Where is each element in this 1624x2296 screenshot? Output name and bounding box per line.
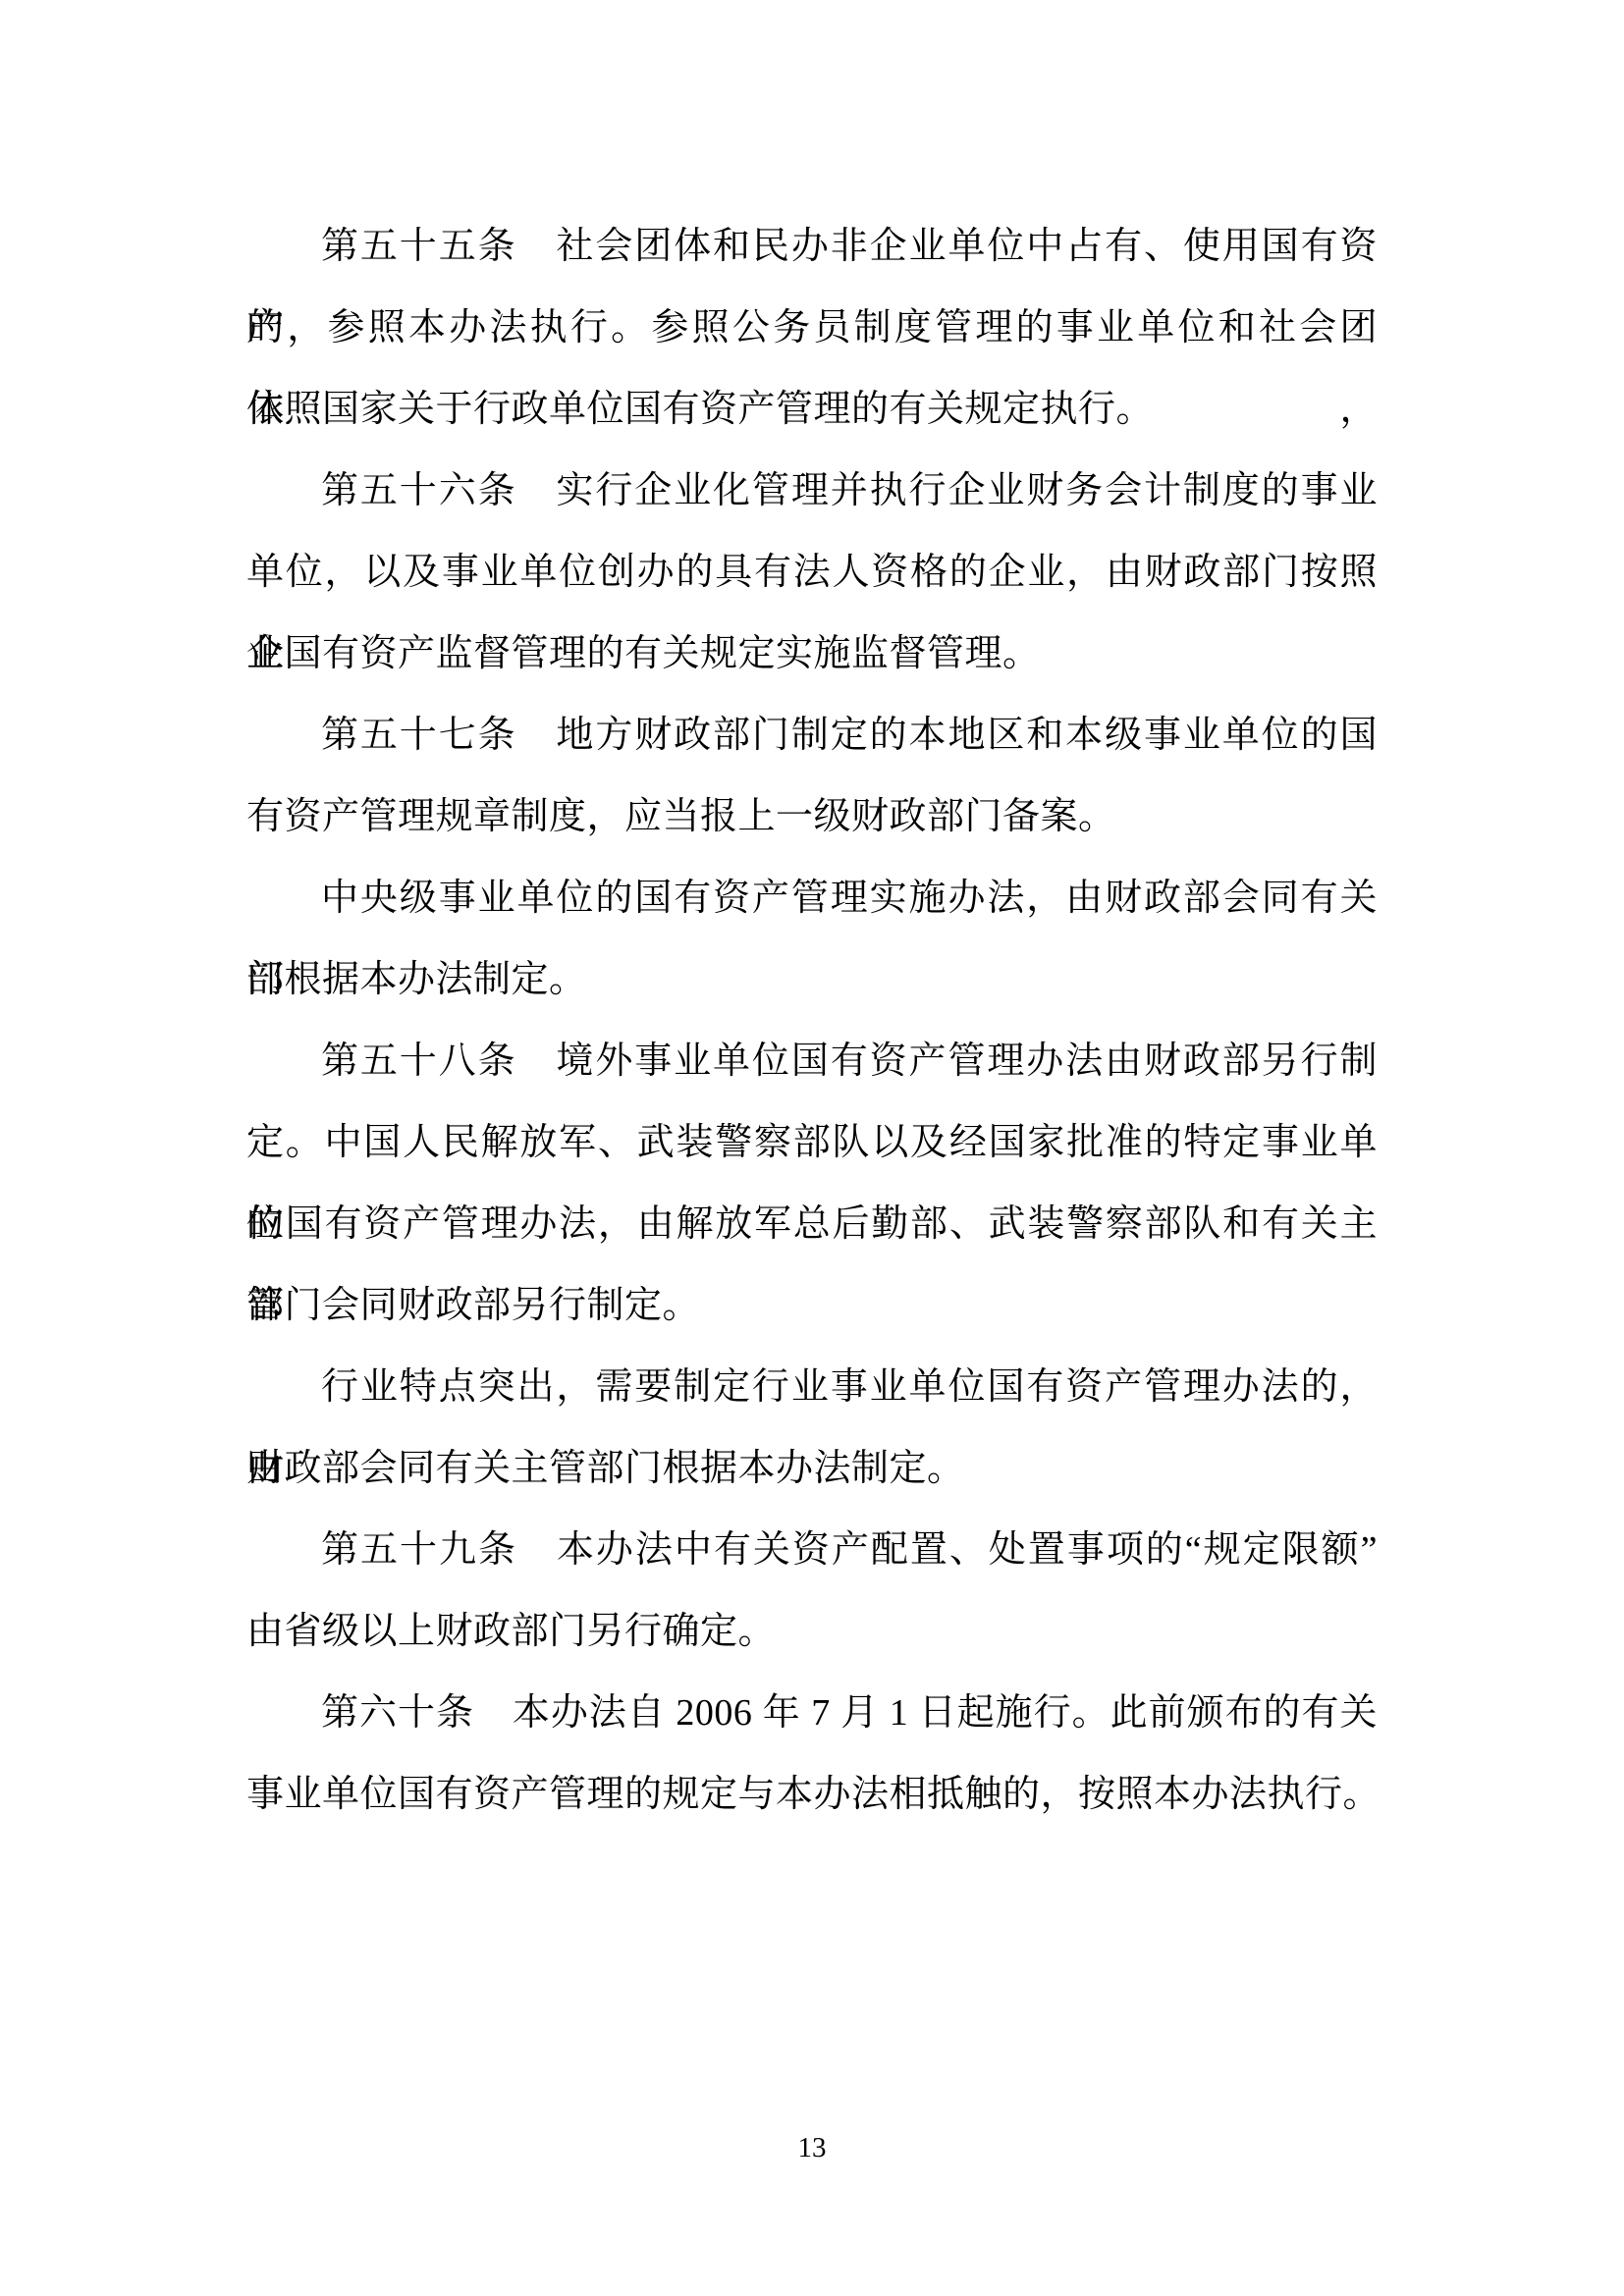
text-line: 第五十八条 境外事业单位国有资产管理办法由财政部另行制 bbox=[246, 1021, 1378, 1102]
text-line: 单位，以及事业单位创办的具有法人资格的企业，由财政部门按照企 bbox=[246, 532, 1378, 614]
text-line: 事业单位国有资产管理的规定与本办法相抵触的，按照本办法执行。 bbox=[246, 1754, 1378, 1836]
text-line: 第五十五条 社会团体和民办非企业单位中占有、使用国有资产 bbox=[246, 206, 1378, 288]
text-line: 第五十九条 本办法中有关资产配置、处置事项的“规定限额” bbox=[246, 1510, 1378, 1591]
document-body: 第五十五条 社会团体和民办非企业单位中占有、使用国有资产的，参照本办法执行。参照… bbox=[246, 206, 1378, 1836]
text-line: 财政部会同有关主管部门根据本办法制定。 bbox=[246, 1428, 1378, 1510]
text-line: 的国有资产管理办法，由解放军总后勤部、武装警察部队和有关主管 bbox=[246, 1184, 1378, 1265]
page-number: 13 bbox=[0, 2120, 1624, 2175]
text-line: 门根据本办法制定。 bbox=[246, 939, 1378, 1021]
text-line: 由省级以上财政部门另行确定。 bbox=[246, 1591, 1378, 1673]
text-line: 第五十七条 地方财政部门制定的本地区和本级事业单位的国 bbox=[246, 695, 1378, 776]
text-line: 中央级事业单位的国有资产管理实施办法，由财政部会同有关部 bbox=[246, 858, 1378, 939]
text-line: 第五十六条 实行企业化管理并执行企业财务会计制度的事业 bbox=[246, 451, 1378, 532]
text-line: 行业特点突出，需要制定行业事业单位国有资产管理办法的，由 bbox=[246, 1347, 1378, 1428]
text-line: 部门会同财政部另行制定。 bbox=[246, 1265, 1378, 1347]
text-line: 有资产管理规章制度，应当报上一级财政部门备案。 bbox=[246, 776, 1378, 858]
text-line: 第六十条 本办法自 2006 年 7 月 1 日起施行。此前颁布的有关 bbox=[246, 1673, 1378, 1754]
text-line: 的，参照本办法执行。参照公务员制度管理的事业单位和社会团体， bbox=[246, 288, 1378, 369]
document-page: 第五十五条 社会团体和民办非企业单位中占有、使用国有资产的，参照本办法执行。参照… bbox=[0, 0, 1624, 2296]
text-line: 定。中国人民解放军、武装警察部队以及经国家批准的特定事业单位 bbox=[246, 1102, 1378, 1184]
text-line: 业国有资产监督管理的有关规定实施监督管理。 bbox=[246, 614, 1378, 695]
